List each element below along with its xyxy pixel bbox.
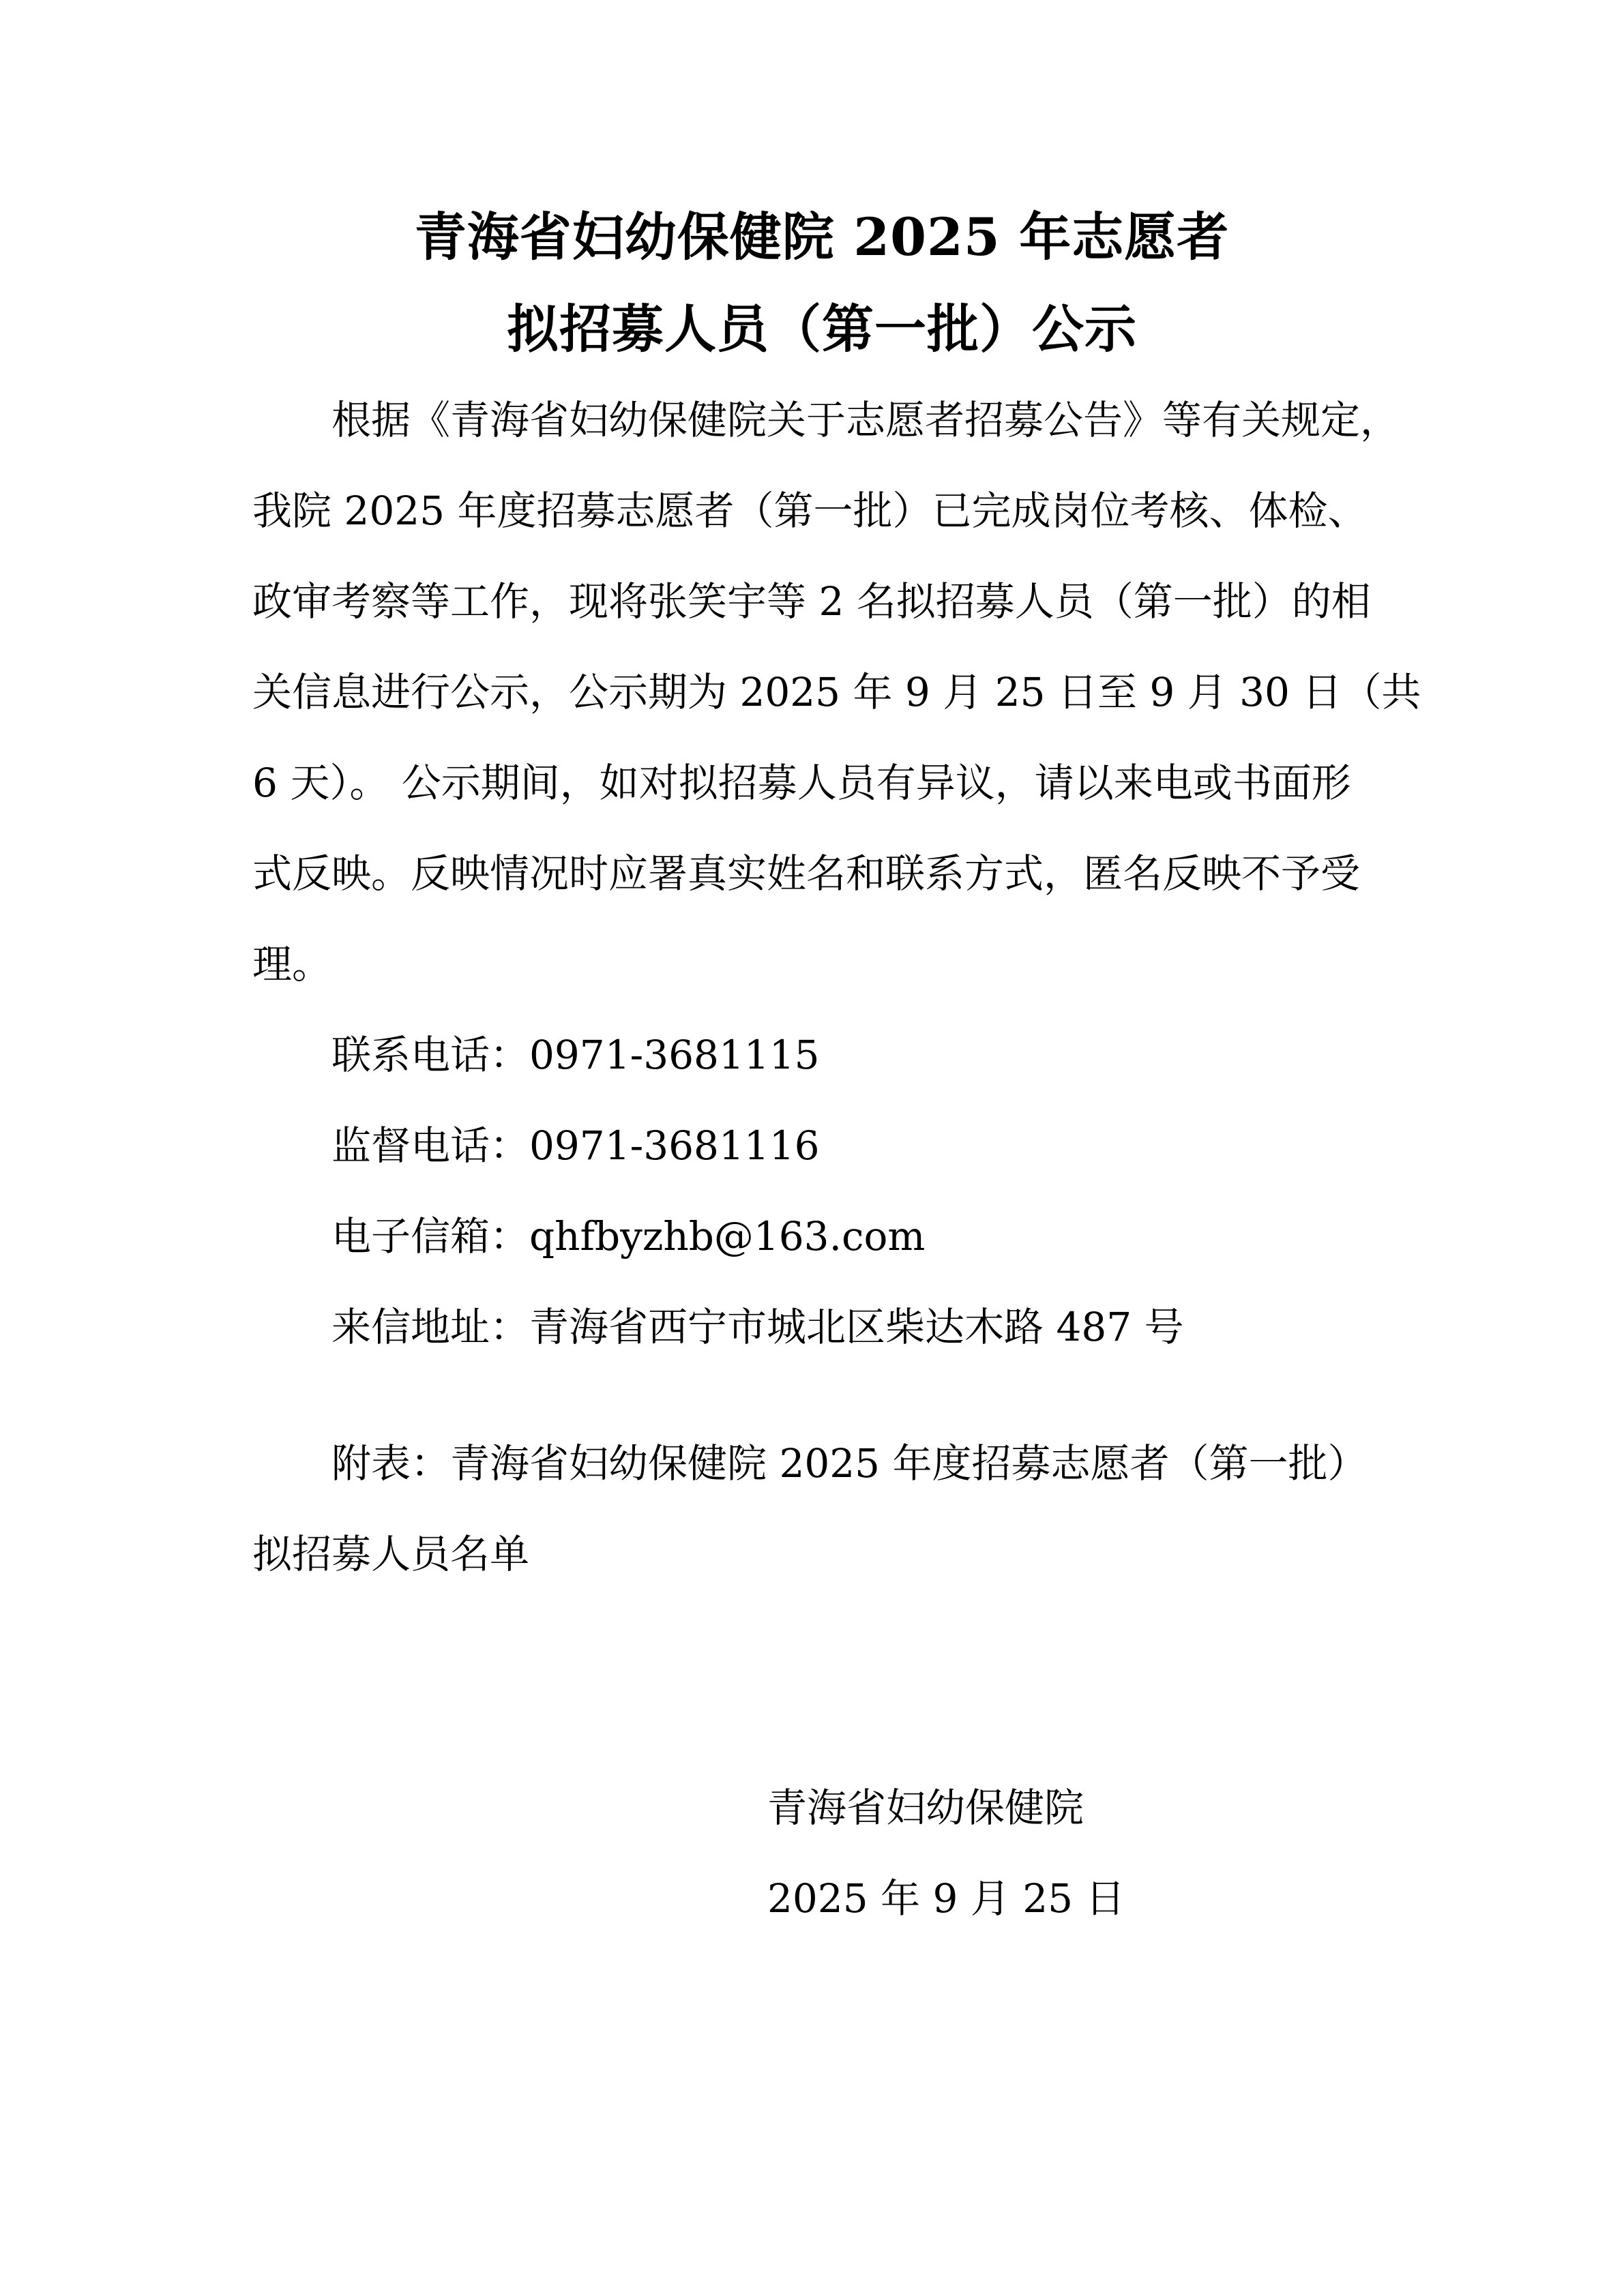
doc-title: 青海省妇幼保健院 2025 年志愿者 拟招募人员（第一批）公示: [252, 191, 1391, 375]
doc-body: 根据《青海省妇幼保健院关于志愿者招募公告》等有关规定， 我院 2025 年度招募…: [252, 375, 1391, 1944]
contact-phone-line: 联系电话：0971-3681115: [252, 1010, 1391, 1101]
doc-title-line-1: 青海省妇幼保健院 2025 年志愿者: [252, 191, 1391, 283]
signature-date: 2025 年 9 月 25 日: [767, 1853, 1391, 1944]
paragraph-line: 政审考察等工作，现将张笑宇等 2 名拟招募人员（第一批）的相: [252, 556, 1391, 647]
paragraph-line: 关信息进行公示，公示期为 2025 年 9 月 25 日至 9 月 30 日（共: [252, 647, 1391, 738]
attachment-line-1: 附表：青海省妇幼保健院 2025 年度招募志愿者（第一批）: [252, 1418, 1391, 1509]
vertical-spacer: [252, 1373, 1391, 1418]
paragraph-line: 我院 2025 年度招募志愿者（第一批）已完成岗位考核、体检、: [252, 466, 1391, 556]
paragraph-line: 式反映。反映情况时应署真实姓名和联系方式，匿名反映不予受: [252, 829, 1391, 919]
attachment-line-2: 拟招募人员名单: [252, 1509, 1391, 1600]
paragraph-line: 6 天）。 公示期间，如对拟招募人员有异议，请以来电或书面形: [252, 738, 1391, 829]
vertical-spacer: [252, 1600, 1391, 1763]
signature-org: 青海省妇幼保健院: [767, 1763, 1391, 1853]
email-line: 电子信箱：qhfbyzhb@163.com: [252, 1191, 1391, 1282]
paragraph-line: 根据《青海省妇幼保健院关于志愿者招募公告》等有关规定，: [252, 375, 1391, 466]
signature-block: 青海省妇幼保健院 2025 年 9 月 25 日: [767, 1763, 1391, 1944]
document-page: 青海省妇幼保健院 2025 年志愿者 拟招募人员（第一批）公示 根据《青海省妇幼…: [0, 0, 1624, 2296]
supervision-phone-line: 监督电话：0971-3681116: [252, 1101, 1391, 1191]
doc-title-line-2: 拟招募人员（第一批）公示: [252, 283, 1391, 375]
mail-address-line: 来信地址：青海省西宁市城北区柴达木路 487 号: [252, 1282, 1391, 1373]
paragraph-line: 理。: [252, 919, 1391, 1010]
